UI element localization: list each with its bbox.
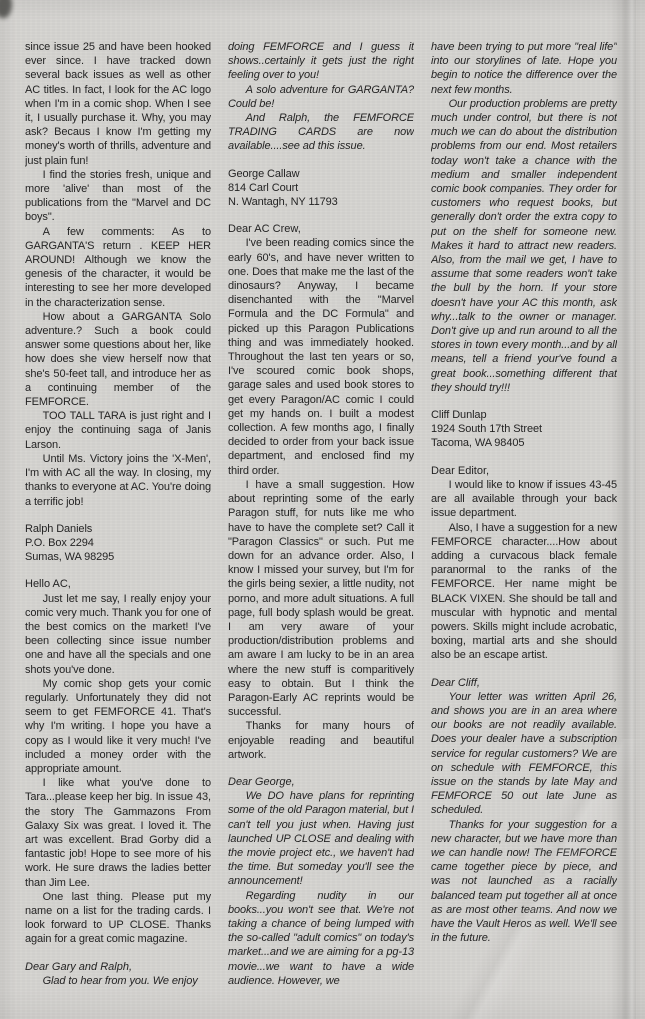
paragraph: My comic shop gets your comic regularly.…	[25, 677, 211, 776]
paragraph: I find the stories fresh, unique and mor…	[25, 168, 211, 225]
address-line: George Callaw	[228, 167, 414, 181]
address-line: Tacoma, WA 98405	[431, 436, 617, 450]
editor-reply-block: Glad to hear from you. We enjoy	[25, 974, 211, 988]
paragraph: A few comments: As to GARGANTA'S return …	[25, 225, 211, 310]
letter-salutation: Dear Editor,	[431, 464, 617, 478]
letter-salutation: Dear AC Crew,	[228, 222, 414, 236]
text-columns: since issue 25 and have been hooked ever…	[25, 40, 619, 1002]
letter-body-block: since issue 25 and have been hooked ever…	[25, 40, 211, 509]
scanned-letters-page: since issue 25 and have been hooked ever…	[0, 0, 645, 1019]
paragraph: Until Ms. Victory joins the 'X-Men', I'm…	[25, 452, 211, 509]
ink-smudge-top-left	[0, 0, 14, 19]
paragraph: doing FEMFORCE and I guess it shows..cer…	[228, 40, 414, 83]
editor-reply-salutation: Dear George,	[228, 775, 414, 789]
paragraph: Your letter was written April 26, and sh…	[431, 690, 617, 818]
letter-body-block: I've been reading comics since the early…	[228, 236, 414, 762]
address-line: Ralph Daniels	[25, 522, 211, 536]
editor-reply-block: have been trying to put more "real life"…	[431, 40, 617, 395]
address-line: 814 Carl Court	[228, 181, 414, 195]
sender-address-block: Ralph DanielsP.O. Box 2294Sumas, WA 9829…	[25, 522, 211, 565]
column-2: doing FEMFORCE and I guess it shows..cer…	[228, 40, 414, 1002]
paragraph: I have a small suggestion. How about rep…	[228, 478, 414, 719]
editor-reply-block: doing FEMFORCE and I guess it shows..cer…	[228, 40, 414, 154]
paragraph: Our production problems are pretty much …	[431, 97, 617, 395]
address-line: Cliff Dunlap	[431, 408, 617, 422]
editor-reply-salutation: Dear Gary and Ralph,	[25, 960, 211, 974]
sender-address-block: George Callaw814 Carl CourtN. Wantagh, N…	[228, 167, 414, 210]
letter-body-block: I would like to know if issues 43-45 are…	[431, 478, 617, 663]
paragraph: One last thing. Please put my name on a …	[25, 890, 211, 947]
sender-address-block: Cliff Dunlap1924 South 17th StreetTacoma…	[431, 408, 617, 451]
paragraph: since issue 25 and have been hooked ever…	[25, 40, 211, 168]
paragraph: I like what you've done to Tara...please…	[25, 776, 211, 890]
address-line: Sumas, WA 98295	[25, 550, 211, 564]
paragraph: We DO have plans for reprinting some of …	[228, 789, 414, 888]
paragraph: And Ralph, the FEMFORCE TRADING CARDS ar…	[228, 111, 414, 154]
paragraph: Thanks for many hours of enjoyable readi…	[228, 719, 414, 762]
editor-reply-block: Your letter was written April 26, and sh…	[431, 690, 617, 946]
paragraph: I've been reading comics since the early…	[228, 236, 414, 477]
paragraph: Thanks for your suggestion for a new cha…	[431, 818, 617, 946]
paragraph: A solo adventure for GARGANTA? Could be!	[228, 83, 414, 111]
letter-salutation: Hello AC,	[25, 577, 211, 591]
address-line: P.O. Box 2294	[25, 536, 211, 550]
paragraph: TOO TALL TARA is just right and I enjoy …	[25, 409, 211, 452]
address-line: N. Wantagh, NY 11793	[228, 195, 414, 209]
letter-body-block: Just let me say, I really enjoy your com…	[25, 592, 211, 947]
paragraph: I would like to know if issues 43-45 are…	[431, 478, 617, 521]
paragraph: How about a GARGANTA Solo adventure.? Su…	[25, 310, 211, 409]
paragraph: Glad to hear from you. We enjoy	[25, 974, 211, 988]
paragraph: have been trying to put more "real life"…	[431, 40, 617, 97]
editor-reply-salutation: Dear Cliff,	[431, 676, 617, 690]
column-1: since issue 25 and have been hooked ever…	[25, 40, 211, 1002]
editor-reply-block: We DO have plans for reprinting some of …	[228, 789, 414, 988]
paragraph: Also, I have a suggestion for a new FEMF…	[431, 521, 617, 663]
paragraph: Regarding nudity in our books...you won'…	[228, 889, 414, 988]
paragraph: Just let me say, I really enjoy your com…	[25, 592, 211, 677]
address-line: 1924 South 17th Street	[431, 422, 617, 436]
column-3: have been trying to put more "real life"…	[431, 40, 617, 1002]
